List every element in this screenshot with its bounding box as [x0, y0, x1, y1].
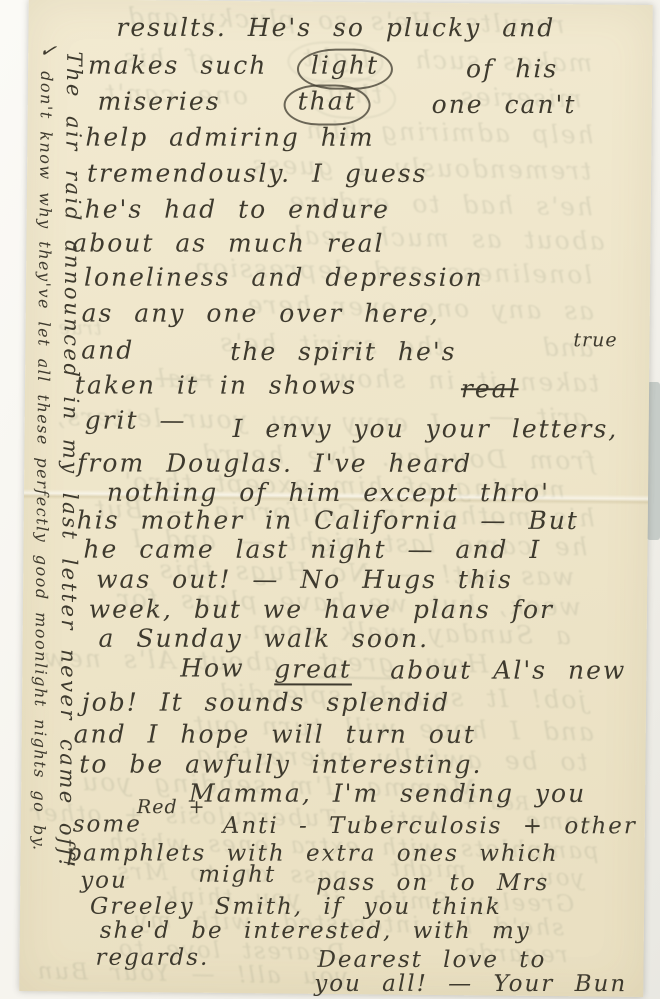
letter-line: miseries	[98, 88, 221, 117]
letter-line: makes such	[88, 52, 267, 81]
letter-line: taken it in shows	[75, 371, 357, 400]
letter-line: Mamma, I'm sending you	[189, 780, 586, 809]
letter-line: nothing of him except thro'	[107, 479, 550, 508]
letter-line: help admiring him	[85, 124, 374, 153]
letter-line: tremendously. I guess	[87, 160, 427, 189]
letter-line: Anti - Tuberculosis + other	[223, 813, 637, 840]
letter-line: from Douglas. I've heard	[77, 450, 472, 479]
letter-line: loneliness and depression	[84, 264, 484, 293]
letter-line: you	[80, 868, 128, 894]
letter-line: grit —	[85, 407, 187, 436]
letter-line: Dearest love to	[317, 947, 546, 974]
letter-line: great	[274, 655, 352, 684]
letter-line: real	[461, 375, 519, 404]
letter-line: regards.	[95, 945, 209, 972]
letter-line: you all! — Your Bun	[314, 971, 627, 998]
letter-line: job! It sounds splendid	[82, 689, 450, 718]
letter-line: to be awfully interesting.	[79, 751, 482, 780]
letter-line: was out! — No Hugs this	[96, 566, 513, 595]
letter-line: Greeley Smith, if you think	[90, 894, 502, 921]
letter-line: How	[180, 655, 244, 684]
letter-line: about as much real	[72, 229, 384, 258]
letter-line: of his	[466, 55, 558, 84]
letter-line: pass on to Mrs	[316, 870, 549, 897]
letter-line: I envy you your letters,	[233, 415, 619, 444]
letter-line: and	[81, 337, 134, 366]
letter-line: that	[284, 84, 371, 125]
letter-line: results. He's so plucky and	[116, 14, 555, 43]
letter-line: and I hope will turn out	[74, 720, 476, 749]
letter-line: week, but we have plans for	[89, 596, 554, 625]
letter-line: as any one over here,	[82, 300, 440, 329]
letter-line: she'd be interested, with my	[100, 918, 531, 945]
letter-paper: results. He's so plucky andmakes suchlig…	[19, 0, 652, 997]
letter-line: true	[573, 330, 617, 352]
scan-edge-artifact	[647, 382, 660, 540]
letter-line: pamphlets with extra ones which	[66, 840, 558, 867]
letter-line: about Al's new	[390, 657, 626, 686]
letter-line: the spirit he's	[230, 338, 456, 367]
letter-line: Red +	[137, 797, 206, 819]
letter-line: his mother in California — But	[77, 507, 579, 536]
letter-line: might	[198, 862, 276, 889]
letter-line: one can't	[432, 91, 577, 120]
letter-line: he came last night — and I	[83, 536, 541, 565]
letter-line: a Sunday walk soon.	[98, 625, 429, 654]
letter-line: light	[297, 49, 393, 90]
letter-scan: results. He's so plucky andmakes suchlig…	[0, 0, 660, 999]
letter-line: some	[73, 811, 142, 837]
letter-line: he's had to endure	[85, 196, 390, 225]
handwriting-layer: results. He's so plucky andmakes suchlig…	[19, 0, 652, 997]
